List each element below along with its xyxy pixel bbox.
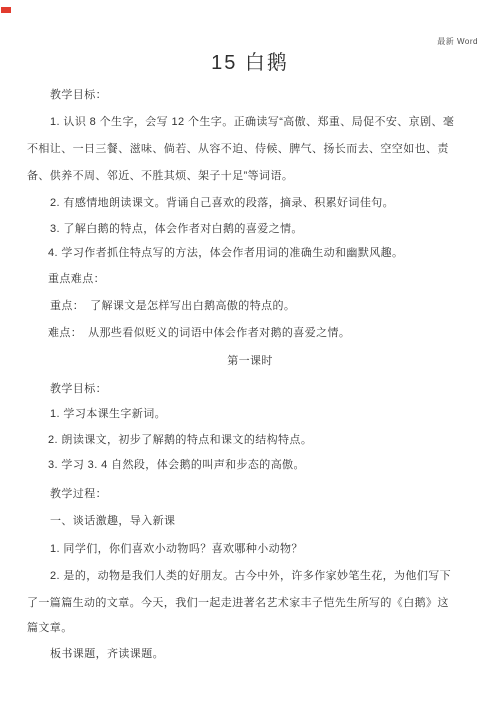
lesson1-objective-2: 2. 朗读课文，初步了解鹅的特点和课文的结构特点。: [48, 433, 312, 448]
objective-3: 3. 了解白鹅的特点，体会作者对白鹅的喜爱之情。: [50, 222, 303, 237]
process-step-2-line-3: 篇文章。: [27, 621, 73, 636]
objective-1-line-2: 不相让、一日三餐、滋味、倘若、从容不迫、侍候、脾气、扬长而去、空空如也、责: [27, 142, 449, 157]
section-1-title: 一、谈话激趣，导入新课: [50, 514, 175, 529]
process-step-1: 1. 同学们，你们喜欢小动物吗？喜欢哪种小动物？: [50, 542, 303, 557]
heading-teaching-objectives: 教学目标：: [50, 88, 107, 103]
red-corner-mark: [1, 7, 11, 13]
document-page: 最新 Word 15 白鹅 教学目标： 1. 认识 8 个生字，会写 12 个生…: [0, 0, 500, 708]
process-step-2-line-1: 2. 是的，动物是我们人类的好朋友。古今中外，许多作家妙笔生花，为他们写下: [50, 569, 451, 584]
heading-lesson1-objectives: 教学目标：: [50, 382, 107, 397]
difficult-point: 难点： 从那些看似贬义的词语中体会作者对鹅的喜爱之情。: [48, 326, 350, 341]
objective-4: 4. 学习作者抓住特点写的方法，体会作者用词的准确生动和幽默风趣。: [48, 246, 403, 261]
heading-first-lesson: 第一课时: [0, 354, 500, 369]
objective-1-line-3: 备、供养不周、邻近、不胜其烦、架子十足”等词语。: [27, 169, 293, 184]
heading-teaching-process: 教学过程：: [50, 487, 107, 502]
lesson1-objective-1: 1. 学习本课生字新词。: [50, 407, 166, 422]
objective-1-line-1: 1. 认识 8 个生字，会写 12 个生字。正确读写“高傲、郑重、局促不安、京剧…: [50, 115, 454, 130]
key-point: 重点： 了解课文是怎样写出白鹅高傲的特点的。: [50, 299, 295, 314]
heading-key-difficult-points: 重点难点：: [48, 272, 105, 287]
objective-2: 2. 有感情地朗读课文。背诵自己喜欢的段落，摘录、积累好词佳句。: [50, 196, 394, 211]
process-step-2-line-2: 了一篇篇生动的文章。今天，我们一起走进著名艺术家丰子恺先生所写的《白鹅》这: [27, 596, 449, 611]
board-title-note: 板书课题，齐读课题。: [50, 647, 164, 662]
document-title: 15 白鹅: [0, 46, 500, 75]
lesson1-objective-3: 3. 学习 3. 4 自然段，体会鹅的叫声和步态的高傲。: [48, 458, 305, 473]
